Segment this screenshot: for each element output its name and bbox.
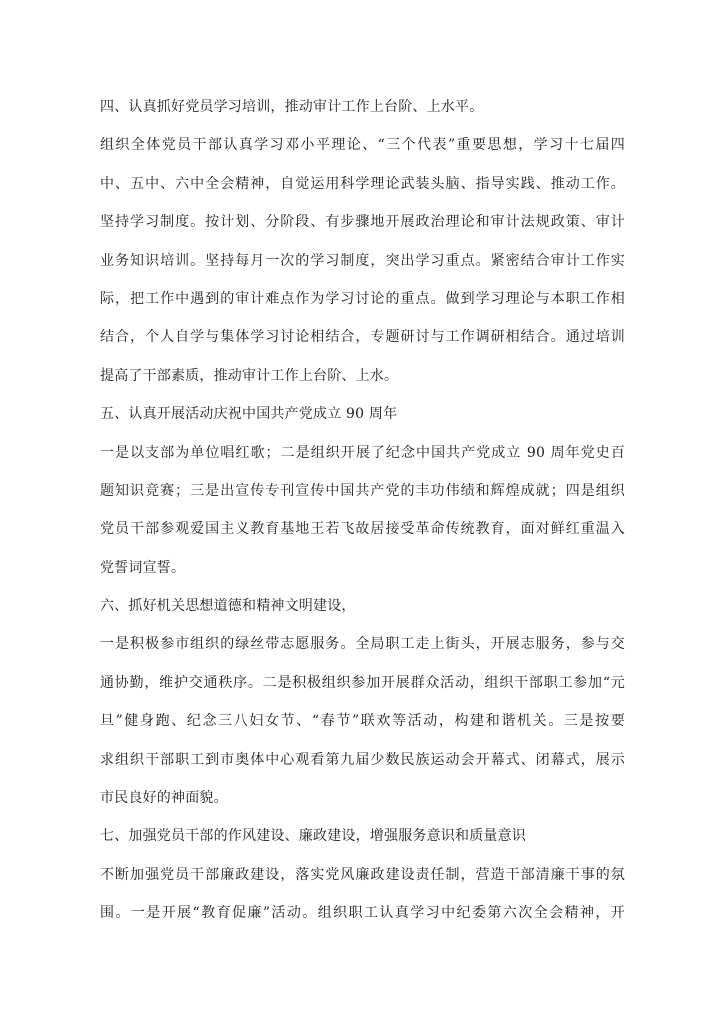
text-line: 中、五中、六中全会精神，自觉运用科学理论武装头脑、指导实践、推动工作。 [100, 165, 625, 203]
text-line: 市民良好的神面貌。 [100, 779, 625, 817]
text-line: 六、抓好机关思想道德和精神文明建设， [100, 587, 625, 625]
text-line: 旦”健身跑、纪念三八妇女节、“春节”联欢等活动，构建和谐机关。三是按要 [100, 702, 625, 740]
text-line: 坚持学习制度。按计划、分阶段、有步骤地开展政治理论和审计法规政策、审计 [100, 203, 625, 241]
text-line: 一是以支部为单位唱红歌；二是组织开展了纪念中国共产党成立 90 周年党史百 [100, 434, 625, 472]
text-line: 党誓词宣誓。 [100, 549, 625, 587]
text-line: 题知识竞赛；三是出宣传专刊宣传中国共产党的丰功伟绩和辉煌成就；四是组织 [100, 472, 625, 510]
text-line: 结合，个人自学与集体学习讨论相结合，专题研讨与工作调研相结合。通过培训 [100, 318, 625, 356]
text-line: 际，把工作中遇到的审计难点作为学习讨论的重点。做到学习理论与本职工作相 [100, 280, 625, 318]
text-line: 求组织干部职工到市奥体中心观看第九届少数民族运动会开幕式、闭幕式，展示 [100, 741, 625, 779]
document-body: 四、认真抓好党员学习培训，推动审计工作上台阶、上水平。组织全体党员干部认真学习邓… [100, 88, 625, 933]
document-page: 四、认真抓好党员学习培训，推动审计工作上台阶、上水平。组织全体党员干部认真学习邓… [0, 0, 721, 1020]
text-line: 不断加强党员干部廉政建设，落实党风廉政建设责任制，营造干部清廉干事的氛 [100, 856, 625, 894]
text-line: 通协勤，维护交通秩序。二是积极组织参加开展群众活动，组织干部职工参加“元 [100, 664, 625, 702]
text-line: 七、加强党员干部的作风建设、廉政建设，增强服务意识和质量意识 [100, 817, 625, 855]
text-line: 一是积极参市组织的绿丝带志愿服务。全局职工走上街头，开展志服务，参与交 [100, 625, 625, 663]
text-line: 围。一是开展“教育促廉”活动。组织职工认真学习中纪委第六次全会精神，开 [100, 894, 625, 932]
text-line: 党员干部参观爱国主义教育基地王若飞故居接受革命传统教育，面对鲜红重温入 [100, 510, 625, 548]
text-line: 组织全体党员干部认真学习邓小平理论、“三个代表”重要思想，学习十七届四 [100, 126, 625, 164]
text-line: 四、认真抓好党员学习培训，推动审计工作上台阶、上水平。 [100, 88, 625, 126]
text-line: 五、认真开展活动庆祝中国共产党成立 90 周年 [100, 395, 625, 433]
text-line: 提高了干部素质，推动审计工作上台阶、上水。 [100, 357, 625, 395]
text-line: 业务知识培训。坚持每月一次的学习制度，突出学习重点。紧密结合审计工作实 [100, 242, 625, 280]
